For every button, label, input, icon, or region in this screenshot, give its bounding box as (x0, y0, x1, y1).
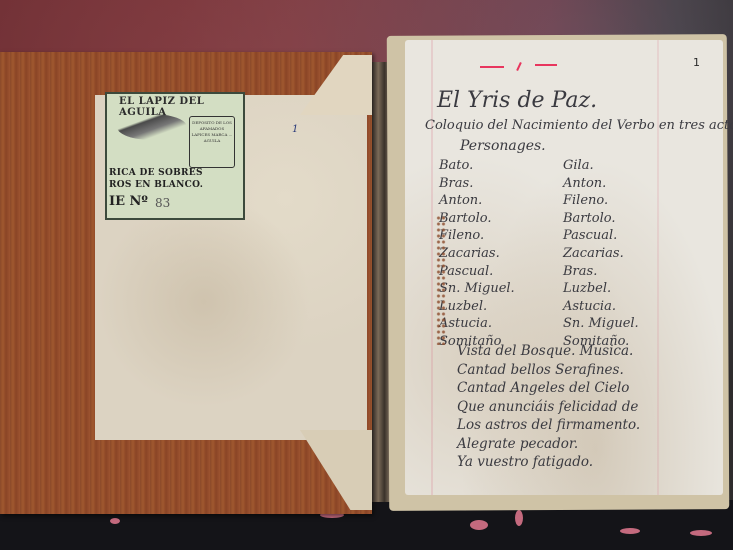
verse-line: Alegrate pecador. (457, 435, 640, 454)
cast-item: Sn. Miguel. (563, 315, 639, 333)
cast-item: Astucia. (563, 298, 639, 316)
red-marks (480, 62, 560, 70)
cast-item: Bartolo. (563, 210, 639, 228)
label-stamp: DEPOSITO DE LOS AFAMADOS LAPICES MARCA .… (189, 116, 235, 168)
flower-pattern (110, 518, 120, 524)
cast-item: Anton. (563, 175, 639, 193)
label-line: RICA DE SOBRES (109, 168, 203, 178)
flower-pattern (690, 530, 712, 536)
verse-line: Ya vuestro fatigado. (457, 453, 640, 472)
cast-item: Astucia. (439, 315, 515, 333)
cast-item: Bras. (563, 263, 639, 281)
cast-list-right: Gila. Anton. Fileno. Bartolo. Pascual. Z… (563, 157, 639, 351)
red-mark (516, 62, 522, 71)
label-number-prefix: IE Nº (109, 194, 148, 209)
cast-item: Zacarias. (563, 245, 639, 263)
red-mark (535, 64, 557, 66)
manuscript-subtitle: Coloquio del Nacimiento del Verbo en tre… (425, 118, 733, 133)
cast-item: Bartolo. (439, 210, 515, 228)
cast-heading: Personages. (460, 138, 546, 154)
red-mark (480, 66, 504, 68)
verse-line: Cantad Angeles del Cielo (457, 379, 640, 398)
verse-line: Vista del Bosque. Musica. (457, 342, 640, 361)
manuscript-page: 1 El Yris de Paz. Coloquio del Nacimient… (405, 40, 723, 495)
cast-item: Gila. (563, 157, 639, 175)
label-number: 83 (155, 196, 170, 210)
cast-item: Bato. (439, 157, 515, 175)
cast-item: Pascual. (439, 263, 515, 281)
page-number: 1 (693, 56, 700, 69)
stationery-label: EL LAPIZ DEL AGUILA DEPOSITO DE LOS AFAM… (105, 92, 245, 220)
flower-pattern (515, 510, 523, 526)
cast-item: Sn. Miguel. (439, 280, 515, 298)
cast-item: Luzbel. (563, 280, 639, 298)
cast-item: Pascual. (563, 227, 639, 245)
cast-item: Fileno. (563, 192, 639, 210)
verse-line: Los astros del firmamento. (457, 416, 640, 435)
cast-item: Zacarias. (439, 245, 515, 263)
verse-text: Vista del Bosque. Musica. Cantad bellos … (457, 342, 640, 472)
rust-stain (436, 215, 446, 345)
eagle-icon (117, 114, 187, 140)
flower-pattern (470, 520, 488, 530)
cast-item: Anton. (439, 192, 515, 210)
pencil-mark: 1 (292, 124, 298, 135)
flower-pattern (620, 528, 640, 534)
verse-line: Que anunciáis felicidad de (457, 398, 640, 417)
verse-line: Cantad bellos Serafines. (457, 361, 640, 380)
cast-item: Fileno. (439, 227, 515, 245)
cast-list-left: Bato. Bras. Anton. Bartolo. Fileno. Zaca… (439, 157, 515, 351)
manuscript-title: El Yris de Paz. (437, 88, 597, 113)
cast-item: Luzbel. (439, 298, 515, 316)
label-line: ROS EN BLANCO. (109, 180, 203, 190)
cast-item: Bras. (439, 175, 515, 193)
